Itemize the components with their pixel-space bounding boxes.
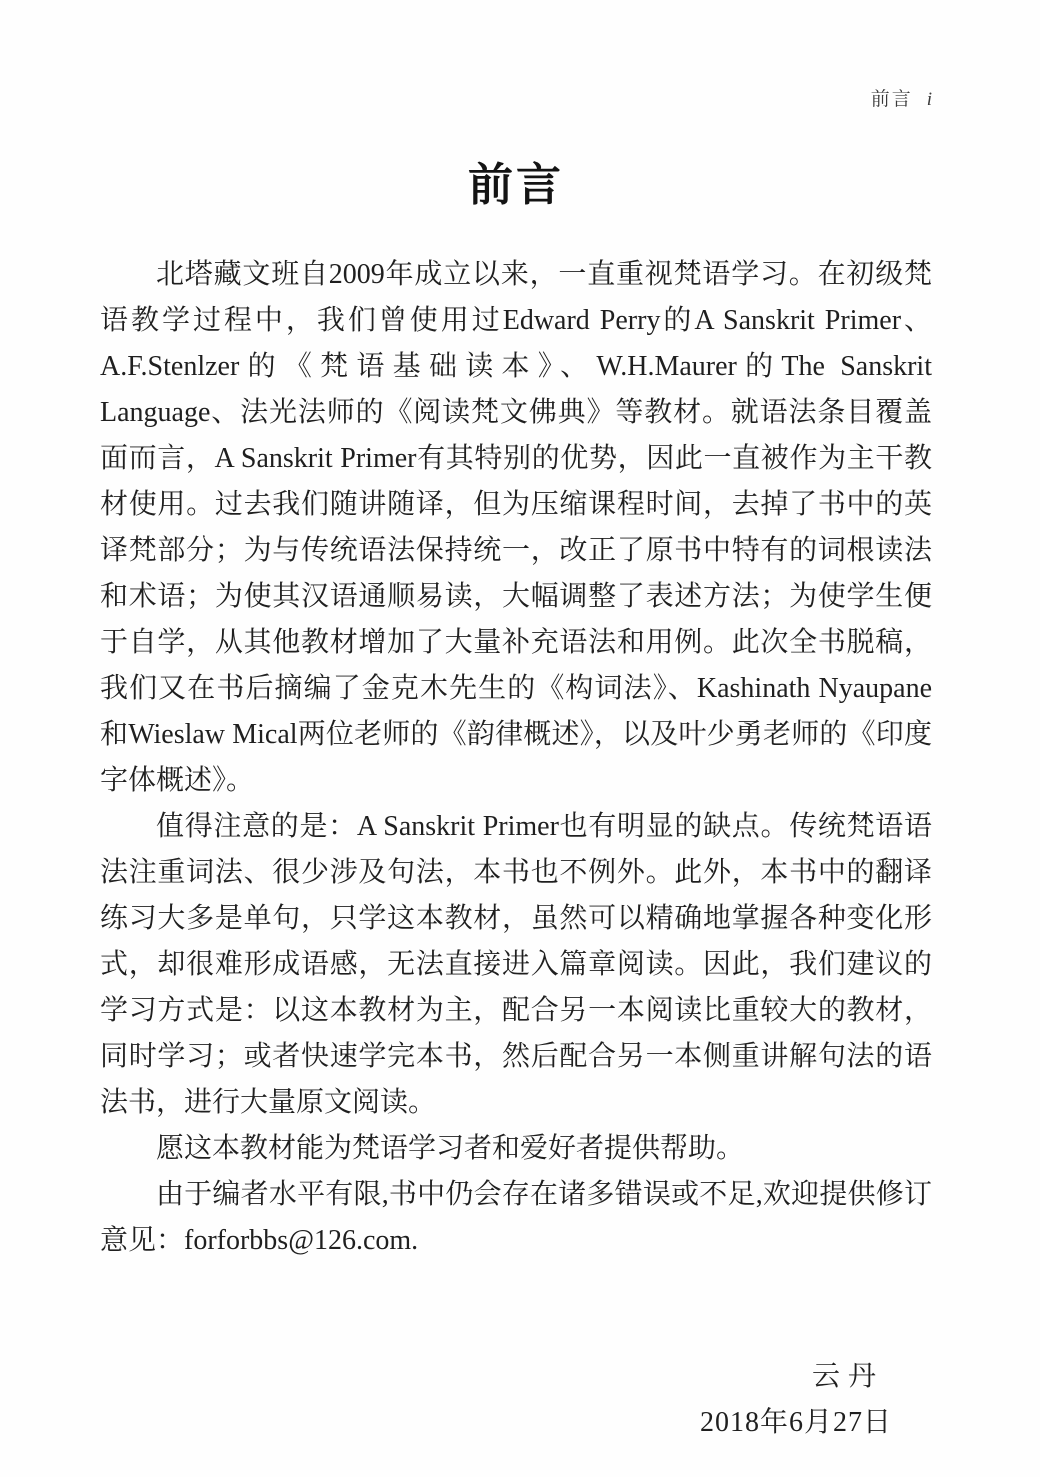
document-page: 前言i 前言 北塔藏文班自2009年成立以来，一直重视梵语学习。在初级梵语教学过… — [0, 0, 1040, 1477]
page-title: 前言 — [100, 158, 932, 212]
signature-date: 2018年6月27日 — [100, 1400, 892, 1446]
paragraph-3: 愿这本教材能为梵语学习者和爱好者提供帮助。 — [100, 1126, 932, 1172]
running-header: 前言i — [100, 88, 932, 112]
document-body: 北塔藏文班自2009年成立以来，一直重视梵语学习。在初级梵语教学过程中，我们曾使… — [100, 252, 932, 1264]
signature-block: 云丹 2018年6月27日 — [100, 1354, 932, 1446]
page-number: i — [927, 88, 932, 112]
paragraph-4: 由于编者水平有限,书中仍会存在诸多错误或不足,欢迎提供修订意见：forforbb… — [100, 1172, 932, 1264]
paragraph-1: 北塔藏文班自2009年成立以来，一直重视梵语学习。在初级梵语教学过程中，我们曾使… — [100, 252, 932, 804]
running-header-title: 前言 — [871, 89, 913, 110]
paragraph-2: 值得注意的是：A Sanskrit Primer也有明显的缺点。传统梵语语法注重… — [100, 804, 932, 1126]
signature-author: 云丹 — [100, 1354, 884, 1400]
